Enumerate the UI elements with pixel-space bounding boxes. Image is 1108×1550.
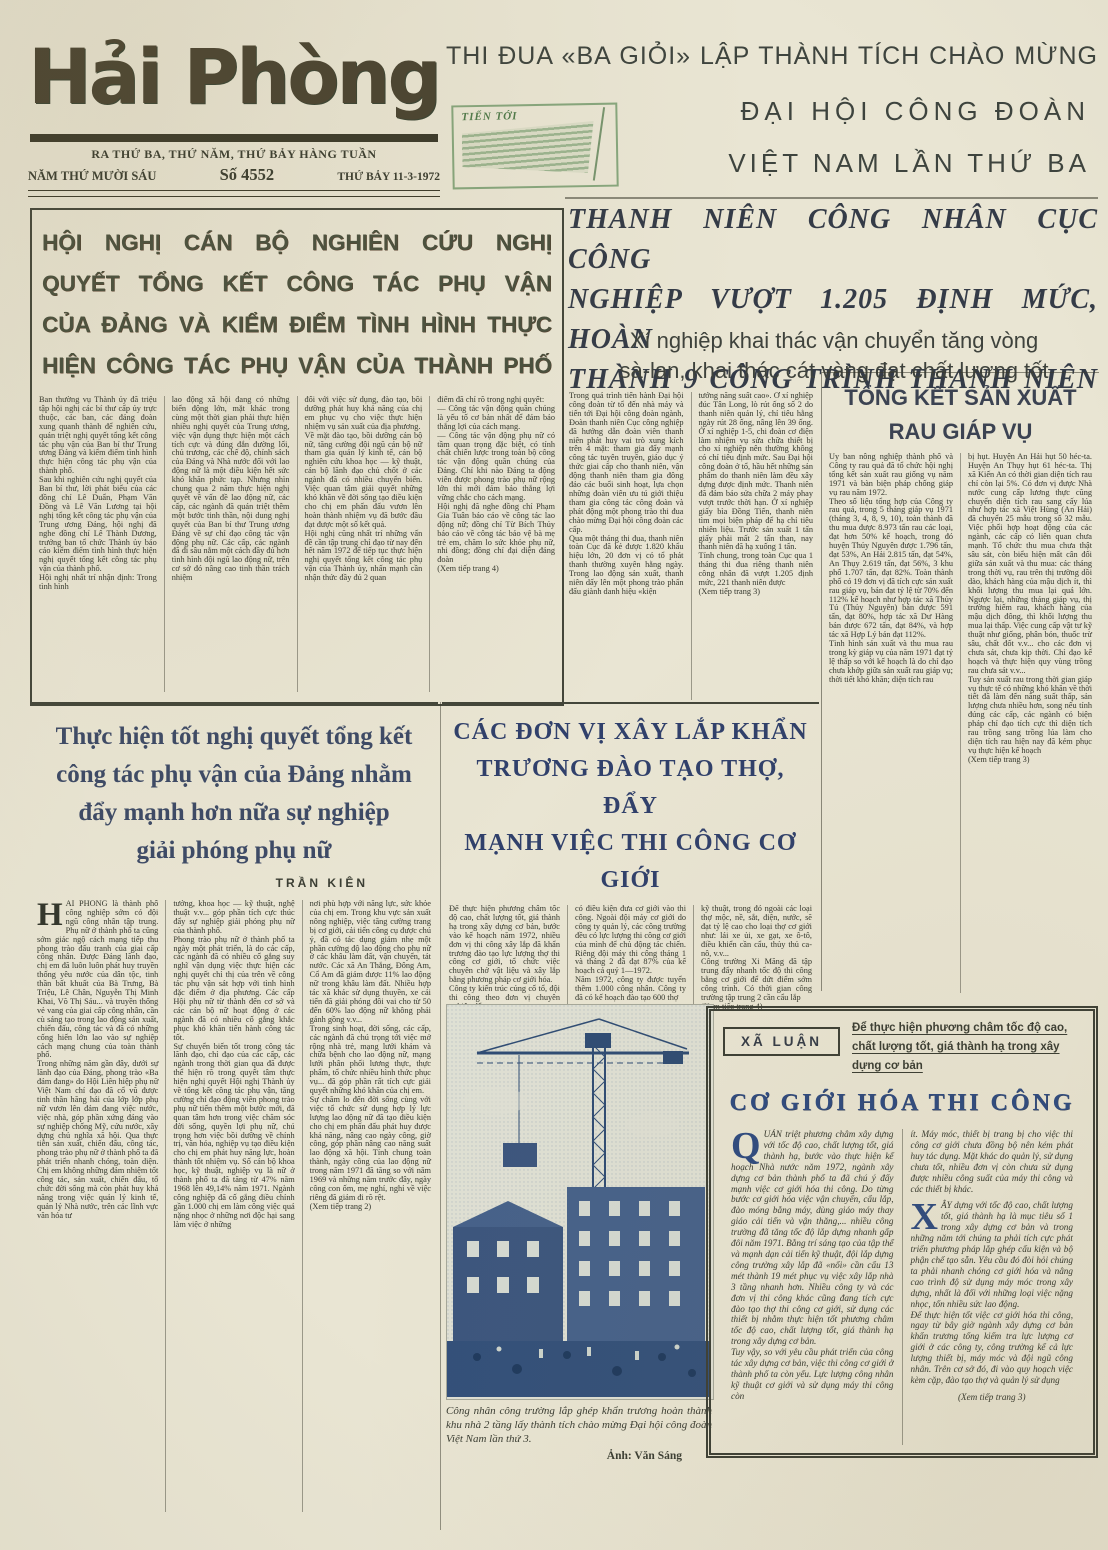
dropcap: H — [37, 900, 66, 929]
editorial-column: QUÁN triệt phương châm xây dựng với tốc … — [723, 1129, 902, 1445]
congress-stamp: TIẾN TỚI — [451, 103, 618, 190]
issue-info-row: NĂM THỨ MƯỜI SÁU Số 4552 THỨ BẢY 11-3-19… — [28, 165, 440, 185]
publication-schedule: RA THỨ BA, THỨ NĂM, THỨ BẢY HÀNG TUẦN — [30, 147, 438, 162]
article-column: bị hụt. Huyện An Hải hụt 50 héc-ta. Huyệ… — [960, 453, 1099, 993]
dropcap: Q — [731, 1129, 764, 1161]
column-rule — [440, 702, 441, 1530]
construction-photo-image — [447, 1005, 711, 1397]
article-tran-kien-body: HẢI PHÒNG là thành phố công nghiệp sớm c… — [30, 900, 438, 1512]
editorial-box: XÃ LUẬN Để thực hiện phương châm tốc độ … — [706, 1006, 1098, 1458]
flag-icon — [462, 121, 595, 175]
header-rule — [565, 197, 1098, 199]
editorial-body: QUÁN triệt phương châm xây dựng với tốc … — [723, 1129, 1081, 1445]
photo-caption: Công nhân công trường lắp ghép khẩn trươ… — [446, 1404, 712, 1446]
column-text: UÁN triệt phương châm xây dựng với tốc đ… — [731, 1129, 894, 1401]
campaign-banner-line2: ĐẠI HỘI CÔNG ĐOÀN — [640, 96, 1090, 127]
editorial-headline: CƠ GIỚI HÓA THI CÔNG — [723, 1090, 1081, 1117]
article-column: tưởng, khoa học — kỹ thuật, nghệ thuật v… — [165, 900, 301, 1512]
campaign-banner-line1: THI ĐUA «BA GIỎI» LẬP THÀNH TÍCH CHÀO MỪ… — [446, 42, 1098, 71]
article-column: Ban thường vụ Thành ủy đã triệu tập hội … — [32, 396, 164, 692]
article-xay-lap-headline: CÁC ĐƠN VỊ XÂY LẮP KHẨN TRƯƠNG ĐÀO TẠO T… — [450, 714, 811, 899]
article-rau-giap-vu: TỔNG KẾT SẢN XUẤT RAU GIÁP VỤ Ủy ban nôn… — [821, 372, 1099, 991]
editorial-header: XÃ LUẬN Để thực hiện phương châm tốc độ … — [723, 1019, 1081, 1076]
article-column: Trong quá trình tiến hành Đại hội công đ… — [562, 392, 691, 700]
newspaper-page: Hải Phòng RA THỨ BA, THỨ NĂM, THỨ BẢY HÀ… — [0, 0, 1108, 1550]
flag-pole-icon — [593, 107, 605, 181]
photo-credit: Ảnh: Văn Sáng — [446, 1450, 682, 1462]
column-text: ẢI PHÒNG là thành phố công nghiệp sớm có… — [37, 900, 158, 1220]
continuation-note: (Xem tiếp trang 3) — [911, 1392, 1074, 1403]
article-rau-body: Ủy ban nông nghiệp thành phố và Công ty … — [822, 453, 1099, 993]
byline: TRẦN KIÊN — [30, 876, 368, 890]
article-column: lao động xã hội đang có những biến động … — [164, 396, 297, 692]
article-thanh-nien-body: Trong quá trình tiến hành Đại hội công đ… — [562, 392, 820, 700]
campaign-banner-line3: VIỆT NAM LẦN THỨ BA — [640, 148, 1090, 179]
article-column: Ủy ban nông nghiệp thành phố và Công ty … — [822, 453, 960, 993]
publication-year: NĂM THỨ MƯỜI SÁU — [28, 169, 156, 184]
article-tran-kien: Thực hiện tốt nghị quyết tổng kết công t… — [30, 702, 438, 1512]
stamp-label: TIẾN TỚI — [461, 110, 517, 123]
article-tran-kien-headline: Thực hiện tốt nghị quyết tổng kết công t… — [34, 718, 434, 870]
dropcap: X — [911, 1200, 941, 1232]
article-column: HẢI PHÒNG là thành phố công nghiệp sớm c… — [30, 900, 165, 1512]
article-column: nơi phù hợp với năng lực, sức khỏe của c… — [302, 900, 438, 1512]
editorial-column: ít. Máy móc, thiết bị trang bị cho việc … — [902, 1129, 1082, 1445]
editorial-kicker: Để thực hiện phương châm tốc độ cao, chấ… — [852, 1019, 1081, 1076]
column-text: ít. Máy móc, thiết bị trang bị cho việc … — [911, 1129, 1074, 1194]
masthead-title: Hải Phòng — [28, 26, 442, 132]
article-phu-van-headline: HỘI NGHỊ CÁN BỘ NGHIÊN CỨU NGHỊ QUYẾT TỔ… — [32, 210, 562, 392]
masthead-rule — [30, 134, 438, 142]
article-column: tướng năng suất cao». Ở xí nghiệp đúc Tâ… — [691, 392, 821, 700]
article-phu-van-body: Ban thường vụ Thành ủy đã triệu tập hội … — [32, 396, 562, 692]
construction-photo — [446, 1004, 714, 1400]
issue-number: Số 4552 — [220, 165, 275, 185]
editorial-label: XÃ LUẬN — [723, 1027, 840, 1056]
article-column: điểm đã chỉ rõ trong nghị quyết: — Công … — [429, 396, 562, 692]
article-column: đối với việc sử dụng, đào tạo, bồi dưỡng… — [297, 396, 430, 692]
issue-date: THỨ BẢY 11-3-1972 — [337, 171, 440, 183]
masthead-double-rule — [28, 190, 440, 197]
article-phu-van: HỘI NGHỊ CÁN BỘ NGHIÊN CỨU NGHỊ QUYẾT TỔ… — [30, 208, 564, 706]
article-rau-headline: TỔNG KẾT SẢN XUẤT RAU GIÁP VỤ — [826, 381, 1095, 449]
